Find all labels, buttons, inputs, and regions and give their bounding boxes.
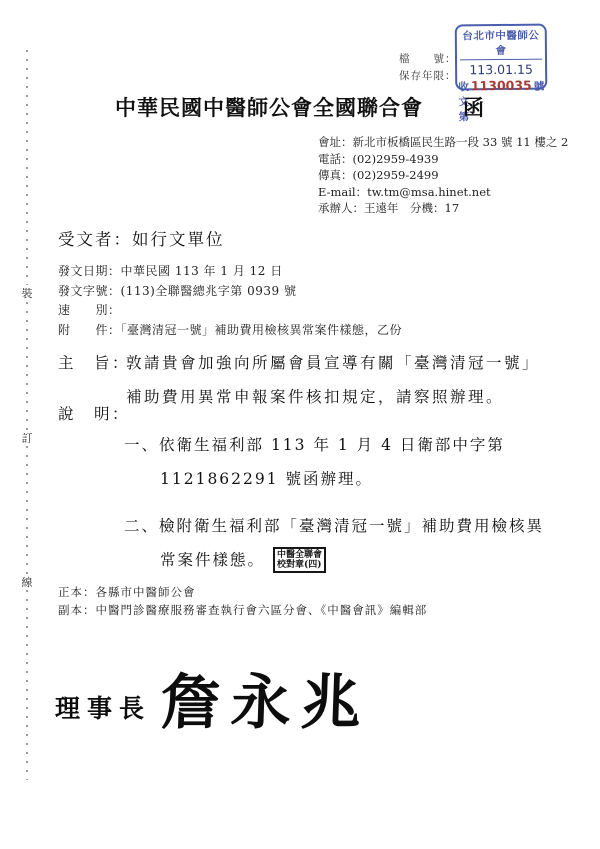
doc-number-value: (113)全聯醫總兆字第 0939 號 [121, 284, 297, 298]
copies-section: 正本：各縣市中醫師公會 副本：中醫門診醫療服務審查執行會六區分會、《中醫會訊》編… [58, 584, 427, 619]
issue-date-label: 發文日期： [58, 264, 121, 278]
meta-doc-number: 發文字號：(113)全聯醫總兆字第 0939 號 [58, 282, 402, 302]
receipt-stamp: 台北市中醫師公會 113.01.15 收文第 1130035 號 [455, 24, 548, 91]
proofread-stamp: 中醫全聯會校對章(四) [273, 547, 326, 573]
file-number-label: 檔 號： [399, 51, 457, 68]
subject-label: 主 旨： [58, 346, 130, 380]
contact-email: E-mail：tw.tm@msa.hinet.net [318, 184, 568, 201]
meta-issue-date: 發文日期：中華民國 113 年 1 月 12 日 [58, 262, 402, 282]
proofread-stamp-line2: 校對章(四) [277, 560, 322, 570]
contact-phone: 電話：(02)2959-4939 [318, 151, 568, 168]
chairman-title: 理事長 [55, 689, 151, 725]
contact-person: 承辦人：王遠年 分機：17 [318, 200, 568, 217]
item-1-number: 一、 [124, 436, 159, 454]
binding-mark-zhuang: 裝 [20, 285, 34, 301]
binding-mark-ding: 訂 [20, 430, 34, 446]
subject-text: 敦請貴會加強向所屬會員宣導有關「臺灣清冠一號」補助費用異常申報案件核扣規定，請察… [126, 354, 540, 406]
priority-label: 速 別： [58, 303, 121, 317]
meta-attachment: 附 件：「臺灣清冠一號」補助費用檢核異常案件樣態，乙份 [58, 321, 402, 341]
explanation-item-2: 二、檢附衛生福利部「臺灣清冠一號」補助費用檢核異常案件樣態。中醫全聯會校對章(四… [124, 509, 552, 577]
document-title-row: 中華民國中醫師公會全國聯合會函 [0, 92, 600, 122]
retention-period-label: 保存年限： [399, 68, 457, 85]
receipt-number: 1130035 [471, 78, 532, 94]
cc-copy-line: 副本：中醫門診醫療服務審查執行會六區分會、《中醫會訊》編輯部 [58, 602, 427, 620]
issue-date-value: 中華民國 113 年 1 月 12 日 [121, 264, 283, 278]
explanation-item-1: 一、依衛生福利部 113 年 1 月 4 日衛部中字第 1121862291 號… [124, 428, 552, 496]
attachment-label: 附 件： [58, 323, 121, 337]
item-2-text: 檢附衛生福利部「臺灣清冠一號」補助費用檢核異常案件樣態。 [159, 517, 544, 569]
item-2-number: 二、 [124, 517, 159, 535]
chairman-signature: 詹永兆 [160, 655, 373, 741]
document-type: 函 [463, 95, 485, 120]
document-meta: 發文日期：中華民國 113 年 1 月 12 日 發文字號：(113)全聯醫總兆… [58, 262, 402, 340]
official-letter-page: 裝 訂 線 檔 號： 保存年限： 台北市中醫師公會 113.01.15 收文第 … [0, 0, 600, 849]
contact-fax: 傳真：(02)2959-2499 [318, 167, 568, 184]
receipt-stamp-date: 113.01.15 [460, 62, 542, 78]
signature-block: 理事長 詹永兆 [55, 655, 371, 741]
meta-priority: 速 別： [58, 301, 402, 321]
item-1-text: 依衛生福利部 113 年 1 月 4 日衛部中字第 1121862291 號函辦… [159, 436, 505, 488]
recipient-line: 受文者：如行文單位 [58, 226, 225, 250]
receipt-stamp-org: 台北市中醫師公會 [460, 28, 542, 61]
binding-dotted-line [26, 50, 28, 780]
original-copy-line: 正本：各縣市中醫師公會 [58, 584, 427, 602]
explanation-label: 說 明： [58, 402, 130, 424]
proofread-stamp-line1: 中醫全聯會 [277, 550, 322, 560]
attachment-value: 「臺灣清冠一號」補助費用檢核異常案件樣態，乙份 [121, 323, 403, 337]
binding-mark-xian: 線 [20, 574, 34, 590]
organization-title: 中華民國中醫師公會全國聯合會 [115, 95, 423, 120]
contact-info: 會址：新北市板橋區民生路一段 33 號 11 樓之 2 電話：(02)2959-… [318, 134, 568, 217]
archive-labels: 檔 號： 保存年限： [399, 51, 457, 85]
subject-section: 主 旨： 敦請貴會加強向所屬會員宣導有關「臺灣清冠一號」補助費用異常申報案件核扣… [58, 346, 540, 414]
doc-number-label: 發文字號： [58, 284, 121, 298]
explanation-items: 一、依衛生福利部 113 年 1 月 4 日衛部中字第 1121862291 號… [124, 428, 552, 590]
contact-address: 會址：新北市板橋區民生路一段 33 號 11 樓之 2 [318, 134, 568, 151]
